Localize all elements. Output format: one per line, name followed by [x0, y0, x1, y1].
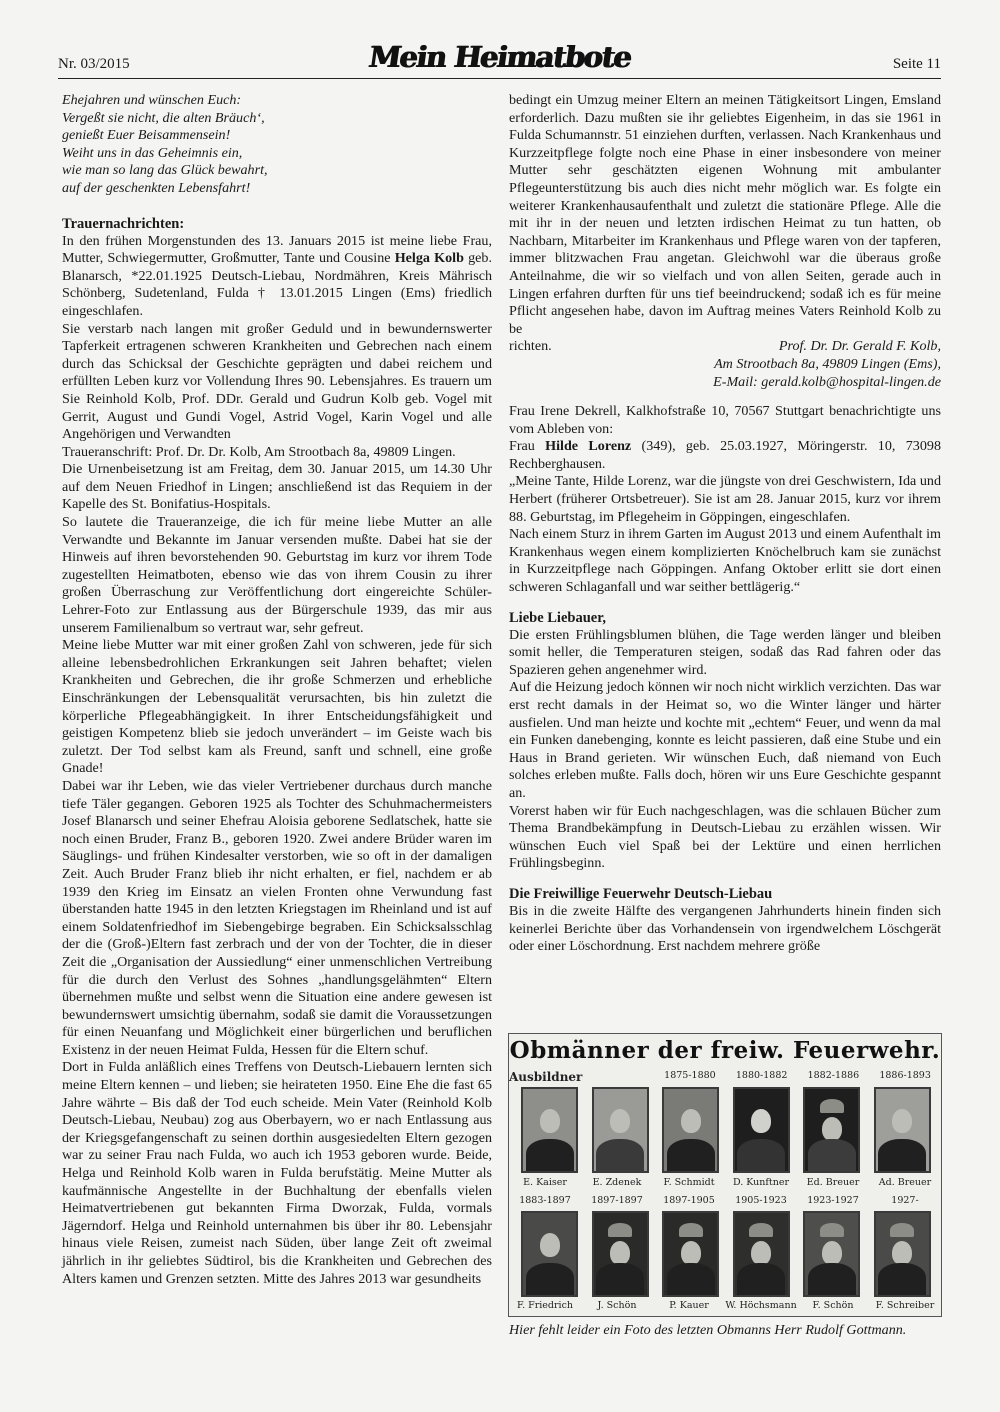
- portrait-photo: [592, 1087, 649, 1173]
- paragraph: „Meine Tante, Hilde Lorenz, war die jüng…: [509, 473, 941, 526]
- person-name: F. Schmidt: [653, 1177, 725, 1188]
- poem-line: Weiht uns in das Geheimnis ein,: [62, 145, 492, 163]
- paragraph: Vorerst haben wir für Euch nachgeschlage…: [509, 803, 941, 873]
- portrait-photo: [733, 1211, 790, 1297]
- obituary-entry: Frau Hilde Lorenz (349), geb. 25.03.1927…: [509, 438, 941, 473]
- person-name: D. Kunftner: [725, 1177, 797, 1188]
- period-label: 1886-1893: [869, 1070, 941, 1084]
- paragraph: Die Urnenbeisetzung ist am Freitag, dem …: [62, 461, 492, 514]
- portrait-photo: [803, 1211, 860, 1297]
- signature-email[interactable]: E-Mail: gerald.kolb@hospital-lingen.de: [509, 374, 941, 392]
- period-label: Ausbildner: [509, 1070, 582, 1084]
- portrait-row-2: [521, 1211, 931, 1297]
- paragraph: Auf die Heizung jedoch können wir noch n…: [509, 679, 941, 802]
- portrait-photo: [803, 1087, 860, 1173]
- person-name: F. Schön: [797, 1300, 869, 1311]
- right-column: bedingt ein Umzug meiner Eltern an meine…: [509, 92, 941, 956]
- paragraph: Bis in die zweite Hälfte des vergangenen…: [509, 903, 941, 956]
- person-name: W. Höchsmann: [725, 1300, 797, 1311]
- period-label: 1927-: [869, 1195, 941, 1206]
- paragraph: Dort in Fulda anläßlich eines Treffens v…: [62, 1059, 492, 1288]
- poem-line: Vergeßt sie nicht, die alten Bräuch‘,: [62, 110, 492, 128]
- portrait-photo: [662, 1211, 719, 1297]
- person-name: F. Schreiber: [869, 1300, 941, 1311]
- portrait-photo: [592, 1211, 649, 1297]
- poem-line: auf der geschenkten Lebensfahrt!: [62, 180, 492, 198]
- portrait-photo: [521, 1211, 578, 1297]
- portrait-photo: [662, 1087, 719, 1173]
- poem-line: wie man so lang das Glück bewahrt,: [62, 162, 492, 180]
- person-name: F. Friedrich: [509, 1300, 581, 1311]
- spacer: [509, 391, 941, 403]
- person-name: J. Schön: [581, 1300, 653, 1311]
- period-label: 1897-1897: [581, 1195, 653, 1206]
- signature-first-line: richten. Prof. Dr. Dr. Gerald F. Kolb,: [509, 338, 941, 356]
- photo-caption: Hier fehlt leider ein Foto des letzten O…: [509, 1322, 941, 1340]
- section-heading-fire-brigade: Die Freiwillige Feuerwehr Deutsch-Liebau: [509, 885, 941, 903]
- row2-periods: 1883-1897 1897-1897 1897-1905 1905-1923 …: [509, 1195, 941, 1206]
- period-label: 1875-1880: [654, 1070, 726, 1084]
- period-label: 1897-1905: [653, 1195, 725, 1206]
- issue-number: Nr. 03/2015: [58, 56, 130, 73]
- portrait-photo: [874, 1211, 931, 1297]
- page-number: Seite 11: [893, 56, 941, 73]
- paragraph: Dabei war ihr Leben, wie das vieler Vert…: [62, 778, 492, 1060]
- row2-names: F. Friedrich J. Schön P. Kauer W. Höchsm…: [509, 1300, 941, 1311]
- paragraph: Nach einem Sturz in ihrem Garten im Augu…: [509, 526, 941, 596]
- obituary-intro: In den frühen Morgenstunden des 13. Janu…: [62, 233, 492, 321]
- newsletter-page: Nr. 03/2015 Mein Heimatbote Seite 11 Ehe…: [0, 0, 1000, 1412]
- person-name: E. Kaiser: [509, 1177, 581, 1188]
- period-label: 1882-1886: [798, 1070, 870, 1084]
- paragraph: Traueranschrift: Prof. Dr. Dr. Kolb, Am …: [62, 444, 492, 462]
- person-name: E. Zdenek: [581, 1177, 653, 1188]
- masthead-title: Mein Heimatbote: [366, 40, 632, 74]
- period-label: [582, 1070, 654, 1084]
- poem-line: Ehejahren und wünschen Euch:: [62, 92, 492, 110]
- left-column: Ehejahren und wünschen Euch: Vergeßt sie…: [62, 92, 492, 1288]
- paragraph: bedingt ein Umzug meiner Eltern an meine…: [509, 92, 941, 338]
- row1-names: E. Kaiser E. Zdenek F. Schmidt D. Kunftn…: [509, 1177, 941, 1188]
- period-label: 1905-1923: [725, 1195, 797, 1206]
- page-header: Nr. 03/2015 Mein Heimatbote Seite 11: [58, 30, 941, 79]
- period-label: 1883-1897: [509, 1195, 581, 1206]
- deceased-name: Hilde Lorenz: [545, 438, 631, 454]
- poem: Ehejahren und wünschen Euch: Vergeßt sie…: [62, 92, 492, 198]
- row1-periods: Ausbildner 1875-1880 1880-1882 1882-1886…: [509, 1070, 941, 1084]
- person-name: Ed. Breuer: [797, 1177, 869, 1188]
- person-name: Ad. Breuer: [869, 1177, 941, 1188]
- text: richten.: [509, 338, 552, 356]
- poem-line: genießt Euer Beisammensein!: [62, 127, 492, 145]
- photo-title: Obmänner der freiw. Feuerwehr.: [509, 1037, 941, 1064]
- spacer: [509, 873, 941, 885]
- text: Frau: [509, 438, 545, 454]
- deceased-name: Helga Kolb: [395, 250, 464, 266]
- paragraph: Sie verstarb nach langen mit großer Gedu…: [62, 321, 492, 444]
- paragraph: Meine liebe Mutter war mit einer großen …: [62, 637, 492, 778]
- signature-address: Am Strootbach 8a, 49809 Lingen (Ems),: [509, 356, 941, 374]
- paragraph: Frau Irene Dekrell, Kalkhofstraße 10, 70…: [509, 403, 941, 438]
- paragraph: So lautete die Traueranzeige, die ich fü…: [62, 514, 492, 637]
- portrait-photo: [733, 1087, 790, 1173]
- signature-name: Prof. Dr. Dr. Gerald F. Kolb,: [779, 338, 941, 356]
- fire-brigade-chairmen-photo: Obmänner der freiw. Feuerwehr. Ausbildne…: [508, 1033, 942, 1317]
- section-heading-greeting: Liebe Liebauer,: [509, 609, 941, 627]
- period-label: 1880-1882: [726, 1070, 798, 1084]
- portrait-row-1: [521, 1087, 931, 1173]
- section-heading-obituaries: Trauernachrichten:: [62, 215, 492, 233]
- period-label: 1923-1927: [797, 1195, 869, 1206]
- person-name: P. Kauer: [653, 1300, 725, 1311]
- paragraph: Die ersten Frühlingsblumen blühen, die T…: [509, 627, 941, 680]
- portrait-photo: [521, 1087, 578, 1173]
- portrait-photo: [874, 1087, 931, 1173]
- spacer: [509, 597, 941, 609]
